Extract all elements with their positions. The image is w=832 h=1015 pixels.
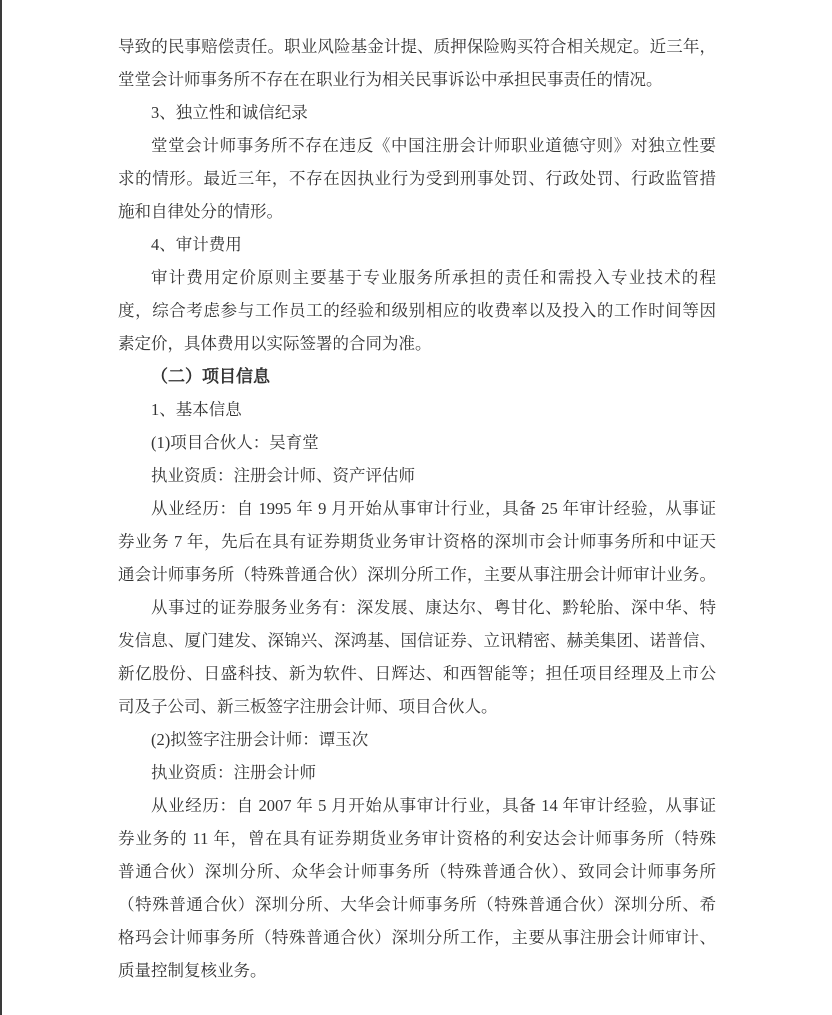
text-line: （特殊普通合伙）深圳分所、大华会计师事务所（特殊普通合伙）深圳分所、希	[118, 888, 716, 921]
document-page: 导致的民事赔偿责任。职业风险基金计提、质押保险购买符合相关规定。近三年， 堂堂会…	[118, 30, 716, 987]
page-left-edge	[0, 0, 2, 1015]
text-line: 导致的民事赔偿责任。职业风险基金计提、质押保险购买符合相关规定。近三年，	[118, 30, 716, 63]
text-line: 施和自律处分的情形。	[118, 195, 716, 228]
text-line: 券业务 7 年，先后在具有证券期货业务审计资格的深圳市会计师事务所和中证天	[118, 525, 716, 558]
text-line: 求的情形。最近三年，不存在因执业行为受到刑事处罚、行政处罚、行政监管措	[118, 162, 716, 195]
text-line: (1)项目合伙人：吴育堂	[118, 426, 716, 459]
text-line: 从事过的证券服务业务有：深发展、康达尔、粤甘化、黔轮胎、深中华、特	[118, 591, 716, 624]
section-heading: 1、基本信息	[118, 393, 716, 426]
section-heading-bold: （二）项目信息	[118, 360, 716, 393]
text-line: 执业资质：注册会计师	[118, 756, 716, 789]
text-line: 执业资质：注册会计师、资产评估师	[118, 459, 716, 492]
text-line: 新亿股份、日盛科技、新为软件、日辉达、和西智能等；担任项目经理及上市公	[118, 657, 716, 690]
text-line: 发信息、厦门建发、深锦兴、深鸿基、国信证券、立讯精密、赫美集团、诺普信、	[118, 624, 716, 657]
section-heading: 4、审计费用	[118, 228, 716, 261]
text-line: 素定价，具体费用以实际签署的合同为准。	[118, 327, 716, 360]
text-line: (2)拟签字注册会计师：谭玉次	[118, 723, 716, 756]
text-line: 从业经历：自 1995 年 9 月开始从事审计行业，具备 25 年审计经验，从事…	[118, 492, 716, 525]
text-line: 格玛会计师事务所（特殊普通合伙）深圳分所工作，主要从事注册会计师审计、	[118, 921, 716, 954]
text-line: 普通合伙）深圳分所、众华会计师事务所（特殊普通合伙）、致同会计师事务所	[118, 855, 716, 888]
text-line: 从业经历：自 2007 年 5 月开始从事审计行业，具备 14 年审计经验，从事…	[118, 789, 716, 822]
text-line: 堂堂会计师事务所不存在在职业行为相关民事诉讼中承担民事责任的情况。	[118, 63, 716, 96]
text-line: 堂堂会计师事务所不存在违反《中国注册会计师职业道德守则》对独立性要	[118, 129, 716, 162]
text-line: 质量控制复核业务。	[118, 954, 716, 987]
text-line: 通会计师事务所（特殊普通合伙）深圳分所工作，主要从事注册会计师审计业务。	[118, 558, 716, 591]
text-line: 审计费用定价原则主要基于专业服务所承担的责任和需投入专业技术的程	[118, 261, 716, 294]
section-heading: 3、独立性和诚信纪录	[118, 96, 716, 129]
text-line: 度，综合考虑参与工作员工的经验和级别相应的收费率以及投入的工作时间等因	[118, 294, 716, 327]
text-line: 司及子公司、新三板签字注册会计师、项目合伙人。	[118, 690, 716, 723]
text-line: 券业务的 11 年，曾在具有证券期货业务审计资格的利安达会计师事务所（特殊	[118, 822, 716, 855]
